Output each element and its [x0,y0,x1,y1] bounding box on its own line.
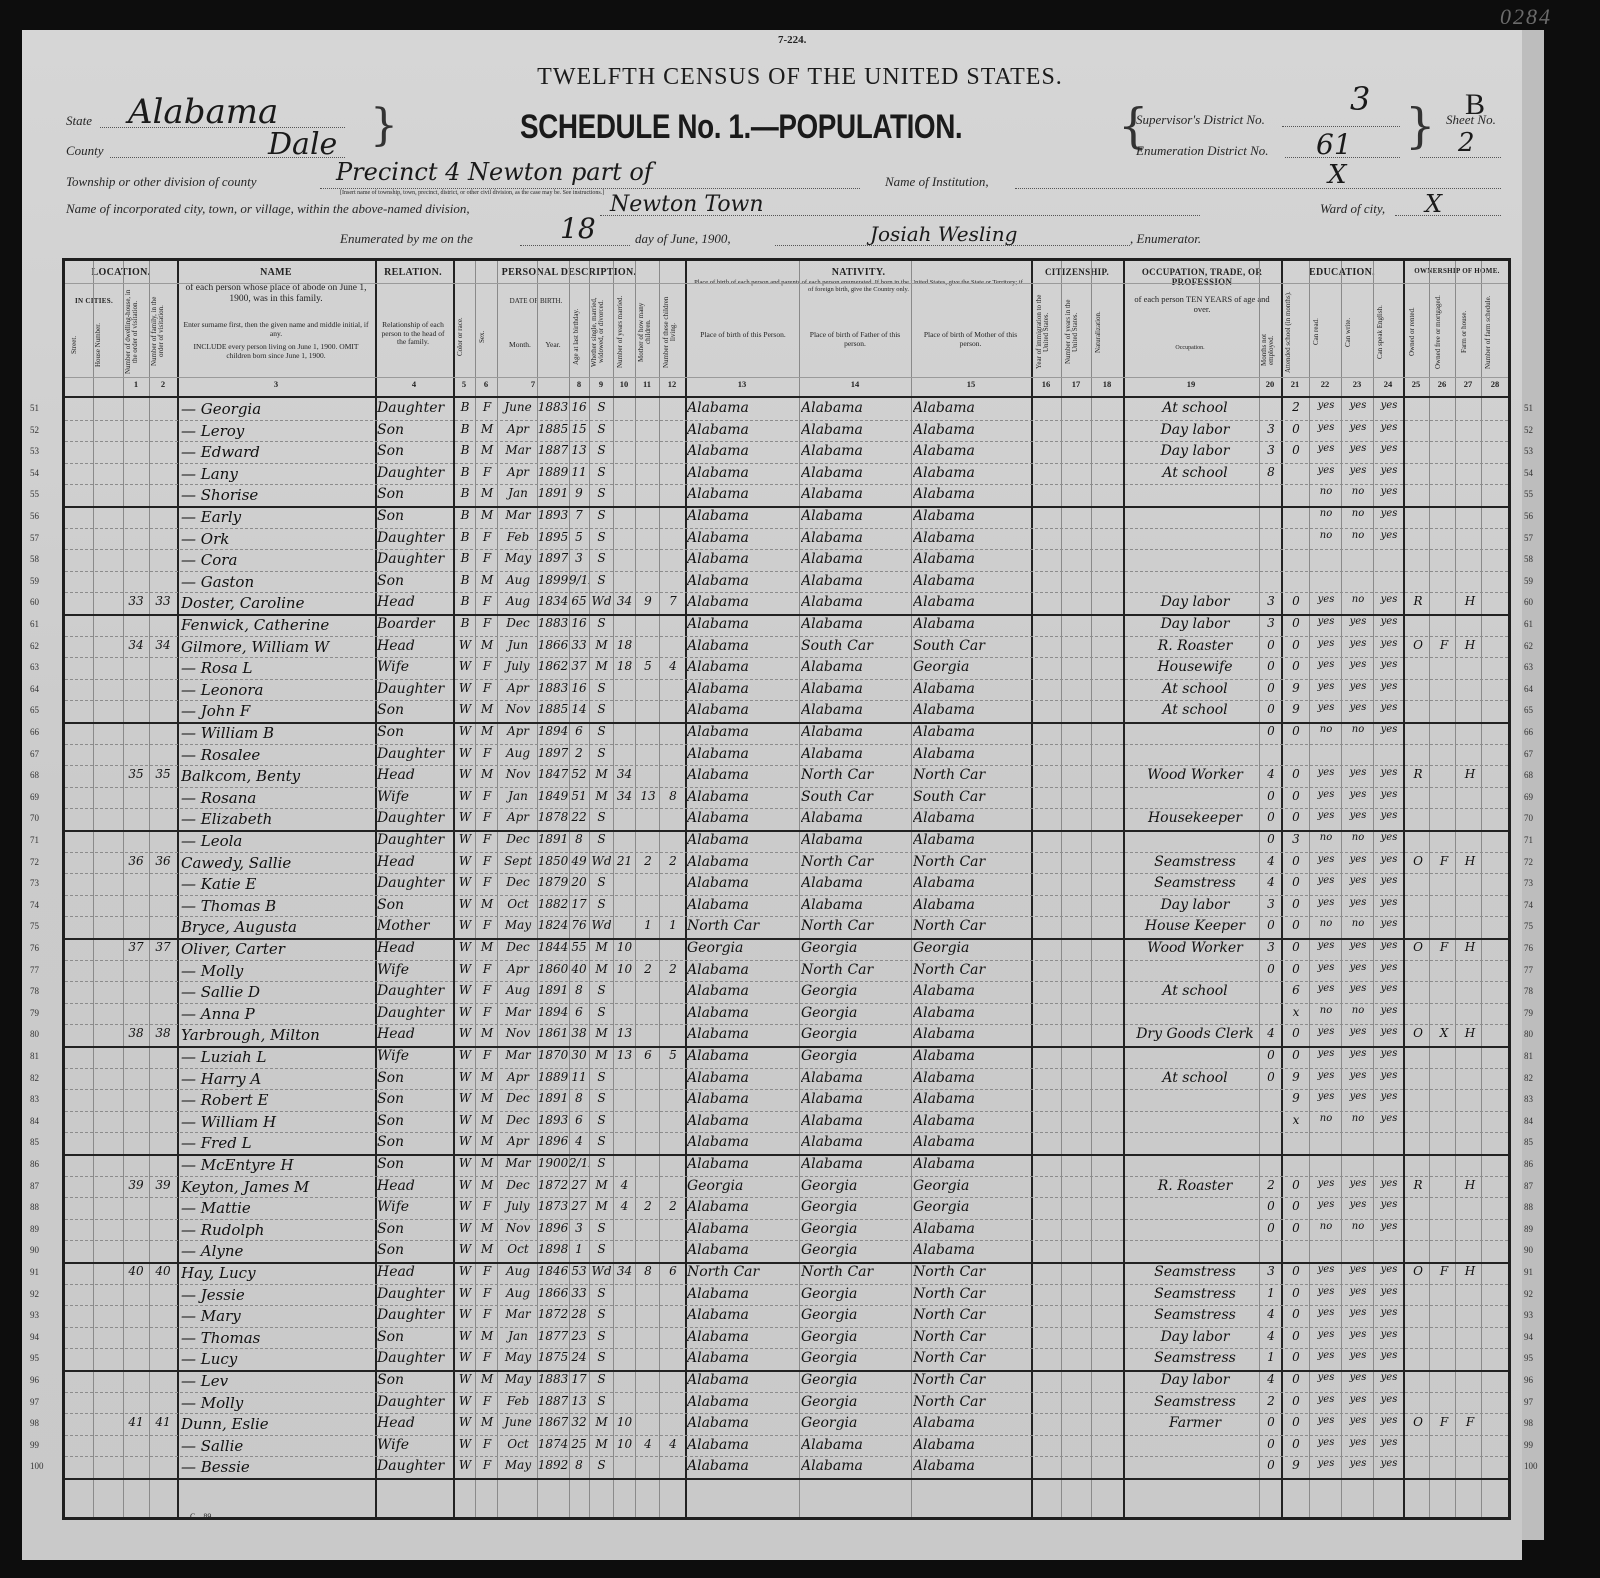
cell-year: 1896 [537,1221,569,1235]
line-number-left: 87 [30,1181,39,1191]
cell-relation: Son [377,422,453,438]
cell-sex: M [477,573,497,587]
cell-month: Mar [499,1005,537,1019]
header-age: Age at last birthday. [573,301,585,373]
cell-year: 1896 [537,1134,569,1148]
cell-sex: M [477,1178,497,1192]
cell-pob-mother: Alabama [913,1113,1031,1129]
cell-write: yes [1343,983,1373,994]
table-row: — MattieWifeWFJuly187327M422AlabamaGeorg… [65,1198,1508,1220]
cell-mother: 8 [637,1264,659,1278]
cell-pob-father: Alabama [801,724,911,740]
header-occupation-desc: of each person TEN YEARS of age and over… [1127,295,1277,315]
cell-color: W [455,983,475,997]
cell-farm: H [1459,854,1481,868]
cell-year: 1846 [537,1264,569,1278]
cell-pob: Alabama [687,767,799,783]
line-number-left: 51 [30,403,39,413]
line-number-left: 71 [30,835,39,845]
cell-pob-mother: Alabama [913,1156,1031,1172]
cell-pob-father: Alabama [801,746,911,762]
cell-unemp: 3 [1261,616,1281,630]
cell-year: 1862 [537,659,569,673]
cell-pob-father: Georgia [801,1026,911,1042]
cell-occupation: Seamstress [1131,854,1259,870]
cell-pob: Alabama [687,400,799,416]
cell-pob-father: Georgia [801,1178,911,1194]
cell-year: 1891 [537,486,569,500]
cell-relation: Daughter [377,465,453,481]
cell-year: 1898 [537,1242,569,1256]
cell-marital: S [590,1458,613,1472]
cell-english: yes [1375,1070,1403,1081]
township-note: [Insert name of township, town, precinct… [340,190,604,196]
line-number-left: 55 [30,489,39,499]
cell-pob: Alabama [687,962,799,978]
table-row: — GeorgiaDaughterBFJune188316SAlabamaAla… [65,399,1508,421]
cell-name: Dunn, Eslie [181,1415,375,1433]
cell-color: W [455,1242,475,1256]
cell-sex: F [477,1048,497,1062]
cell-sex: M [477,897,497,911]
cell-color: W [455,1458,475,1472]
cell-year: 1894 [537,1005,569,1019]
cell-name: — Lany [181,465,375,483]
cell-english: yes [1375,594,1403,605]
cell-read: yes [1311,1048,1341,1059]
cell-school: 0 [1283,1372,1309,1386]
line-number-left: 75 [30,921,39,931]
cell-name: — Gaston [181,573,375,591]
cell-pob-father: Alabama [801,832,911,848]
cell-marital: Wd [590,594,613,608]
line-number-right: 77 [1524,965,1533,975]
cell-living: 4 [661,1437,685,1451]
line-number-left: 89 [30,1224,39,1234]
cell-ym: 13 [614,1048,635,1062]
cell-write: yes [1343,1437,1373,1448]
cell-relation: Daughter [377,1394,453,1410]
cell-pob: Alabama [687,1242,799,1258]
cell-pob: Alabama [687,1156,799,1172]
cell-english: yes [1375,897,1403,908]
cell-relation: Daughter [377,1005,453,1021]
cell-age: 76 [569,918,589,932]
cell-marital: S [590,1113,613,1127]
cell-year: 1883 [537,681,569,695]
cell-year: 1883 [537,400,569,414]
cell-occupation: Seamstress [1131,1350,1259,1366]
cell-pob-father: Georgia [801,1372,911,1388]
cell-english: yes [1375,1394,1403,1405]
line-number-right: 53 [1524,446,1533,456]
cell-school: 0 [1283,1199,1309,1213]
cell-month: Dec [499,940,537,954]
cell-sex: F [477,1350,497,1364]
cell-age: 1 [569,1242,589,1256]
cell-age: 65 [569,594,589,608]
cell-pob-mother: North Car [913,1394,1031,1410]
cell-pob: Alabama [687,1113,799,1129]
cell-year: 1870 [537,1048,569,1062]
cell-ym: 34 [614,767,635,781]
cell-occupation: Seamstress [1131,1264,1259,1280]
cell-read: no [1311,486,1341,497]
table-row: — MollyDaughterWFFeb188713SAlabamaGeorgi… [65,1393,1508,1415]
cell-pob-mother: Alabama [913,530,1031,546]
header-attended-school: Attended school (in months). [1285,291,1301,373]
cell-relation: Daughter [377,681,453,697]
cell-pob-father: Alabama [801,810,911,826]
cell-month: Mar [499,443,537,457]
enumerated-day: 18 [560,212,596,245]
cell-write: yes [1343,1048,1373,1059]
cell-marital: S [590,875,613,889]
cell-year: 1885 [537,422,569,436]
cell-pob-father: Georgia [801,1005,911,1021]
table-row: — ElizabethDaughterWFApr187822SAlabamaAl… [65,809,1508,831]
cell-age: 8 [569,1458,589,1472]
cell-relation: Son [377,508,453,524]
state-label: State [66,113,92,129]
cell-pob-father: Georgia [801,1329,911,1345]
header-free-mortgaged: Owned free or mortgaged. [1435,291,1447,373]
cell-month: Feb [499,530,537,544]
line-number-right: 94 [1524,1332,1533,1342]
cell-english: yes [1375,1437,1403,1448]
cell-relation: Wife [377,659,453,675]
cell-name: — Lucy [181,1350,375,1368]
cell-family: 38 [149,1026,177,1040]
cell-pob-mother: Alabama [913,1005,1031,1021]
cell-pob-father: North Car [801,1264,911,1280]
cell-month: Dec [499,1178,537,1192]
cell-school: 9 [1283,681,1309,695]
table-row: — LeonoraDaughterWFApr188316SAlabamaAlab… [65,680,1508,702]
cell-marital: M [590,1199,613,1213]
cell-pob: Alabama [687,1221,799,1237]
cell-month: May [499,1350,537,1364]
cell-year: 1897 [537,746,569,760]
cell-age: 11 [569,465,589,479]
cell-name: — Lev [181,1372,375,1390]
line-number-right: 52 [1524,425,1533,435]
cell-age: 6 [569,724,589,738]
cell-mother: 9 [637,594,659,608]
cell-name: — Edward [181,443,375,461]
cell-marital: M [590,659,613,673]
line-number-left: 54 [30,468,39,478]
cell-pob-father: Georgia [801,1221,911,1237]
cell-dwelling: 36 [123,854,149,868]
cell-marital: Wd [590,854,613,868]
line-number-left: 83 [30,1094,39,1104]
cell-unemp: 0 [1261,832,1281,846]
cell-pob-mother: Georgia [913,1178,1031,1194]
cell-year: 1900 [537,1156,569,1170]
line-number-right: 70 [1524,813,1533,823]
cell-english: yes [1375,1415,1403,1426]
line-number-right: 97 [1524,1397,1533,1407]
cell-pob-mother: Alabama [913,810,1031,826]
column-number: 16 [1031,379,1061,389]
column-number: 28 [1481,379,1509,389]
cell-marital: M [590,1437,613,1451]
ward-label: Ward of city, [1320,201,1385,217]
table-row: — RosaleeDaughterWFAug18972SAlabamaAlaba… [65,745,1508,767]
cell-school: 0 [1283,810,1309,824]
cell-sex: F [477,983,497,997]
header-color: Color or race. [457,301,469,373]
header-rule [65,396,1508,398]
line-number-right: 62 [1524,641,1533,651]
column-number: 1 [123,379,149,389]
cell-mother: 2 [637,962,659,976]
cell-pob-father: Georgia [801,1394,911,1410]
line-number-right: 80 [1524,1029,1533,1039]
cell-name: — Harry A [181,1070,375,1088]
cell-color: W [455,1437,475,1451]
cell-name: — Cora [181,551,375,569]
line-number-left: 81 [30,1051,39,1061]
cell-write: yes [1343,1372,1373,1383]
state-value: Alabama [128,92,278,132]
cell-relation: Son [377,1156,453,1172]
cell-pob-mother: Alabama [913,486,1031,502]
cell-age: 11 [569,1070,589,1084]
cell-english: yes [1375,508,1403,519]
cell-pob-father: North Car [801,918,911,934]
cell-pob-father: Alabama [801,659,911,675]
line-number-left: 74 [30,900,39,910]
cell-age: 20 [569,875,589,889]
cell-write: yes [1343,1350,1373,1361]
cell-month: July [499,1199,537,1213]
cell-year: 1894 [537,724,569,738]
cell-sex: M [477,1242,497,1256]
schedule-title: SCHEDULE No. 1.—POPULATION. [520,108,962,147]
cell-pob-mother: Georgia [913,940,1031,956]
cell-pob-mother: Alabama [913,1221,1031,1237]
cell-color: B [455,551,475,565]
cell-school: 0 [1283,918,1309,932]
cell-pob-mother: Alabama [913,1026,1031,1042]
supervisor-label: Supervisor's District No. [1136,112,1265,128]
cell-relation: Head [377,1026,453,1042]
column-number: 21 [1281,379,1309,389]
county-value: Dale [268,127,337,162]
line-number-right: 91 [1524,1267,1533,1277]
cell-color: W [455,1199,475,1213]
cell-living: 2 [661,854,685,868]
line-number-right: 82 [1524,1073,1533,1083]
line-number-left: 84 [30,1116,39,1126]
line-number-right: 90 [1524,1245,1533,1255]
line-number-right: 85 [1524,1137,1533,1147]
cell-year: 1882 [537,897,569,911]
cell-pob-father: Alabama [801,1458,911,1474]
cell-ym: 10 [614,1437,635,1451]
line-number-left: 95 [30,1353,39,1363]
table-row: — Rosa LWifeWFJuly186237M1854AlabamaAlab… [65,658,1508,680]
cell-pob: Alabama [687,983,799,999]
line-number-left: 68 [30,770,39,780]
cell-family: 39 [149,1178,177,1192]
cell-relation: Son [377,443,453,459]
cell-relation: Wife [377,789,453,805]
cell-sex: F [477,1458,497,1472]
cell-write: no [1343,530,1373,541]
cell-month: Jan [499,1329,537,1343]
cell-age: 25 [569,1437,589,1451]
cell-occupation: At school [1131,400,1259,416]
cell-color: W [455,1394,475,1408]
cell-relation: Wife [377,1048,453,1064]
column-number: 10 [613,379,635,389]
cell-sex: M [477,1091,497,1105]
table-row: 3333Doster, CarolineHeadBFAug183465Wd349… [65,593,1508,615]
cell-sex: F [477,875,497,889]
cell-english: yes [1375,983,1403,994]
cell-age: 6 [569,1113,589,1127]
cell-write: no [1343,508,1373,519]
cell-sex: F [477,659,497,673]
column-number: 15 [911,379,1031,389]
header-speak-english: Can speak English. [1377,291,1389,373]
header-name-desc: of each person whose place of abode on J… [183,283,369,305]
cell-sex: M [477,486,497,500]
cell-name: — Rosa L [181,659,375,677]
cell-color: W [455,1113,475,1127]
cell-name: — Sallie D [181,983,375,1001]
cell-english: yes [1375,1372,1403,1383]
population-table: LOCATION. IN CITIES. Street. House Numbe… [62,258,1511,1520]
cell-month: Apr [499,681,537,695]
cell-name: Cawedy, Sallie [181,854,375,872]
cell-age: 23 [569,1329,589,1343]
cell-pob: Alabama [687,810,799,826]
cell-month: Aug [499,573,537,587]
cell-read: yes [1311,854,1341,865]
cell-color: W [455,918,475,932]
cell-english: yes [1375,400,1403,411]
cell-english: yes [1375,962,1403,973]
cell-relation: Head [377,1178,453,1194]
cell-sex: M [477,508,497,522]
line-number-right: 89 [1524,1224,1533,1234]
cell-occupation: Wood Worker [1131,767,1259,783]
cell-marital: M [590,1415,613,1429]
line-number-left: 82 [30,1073,39,1083]
table-row: 3939Keyton, James MHeadWMDec187227M4Geor… [65,1177,1508,1199]
table-row: Bryce, AugustaMotherWFMay182476Wd11North… [65,917,1508,939]
cell-pob-father: Alabama [801,897,911,913]
cell-year: 1891 [537,832,569,846]
cell-pob-mother: North Car [913,1372,1031,1388]
cell-month: Apr [499,810,537,824]
cell-name: — Thomas [181,1329,375,1347]
cell-year: 1889 [537,1070,569,1084]
cell-occupation: At school [1131,702,1259,718]
cell-farm: F [1459,1415,1481,1429]
header-relation-desc: Relationship of each person to the head … [377,321,449,347]
cell-age: 5 [569,530,589,544]
cell-school: 0 [1283,1264,1309,1278]
cell-age: 13 [569,1394,589,1408]
cell-write: yes [1343,1199,1373,1210]
cell-occupation: Seamstress [1131,875,1259,891]
cell-month: Nov [499,1221,537,1235]
cell-marital: S [590,1286,613,1300]
cell-marital: S [590,530,613,544]
cell-year: 1879 [537,875,569,889]
cell-pob: Alabama [687,702,799,718]
cell-pob-father: Alabama [801,594,911,610]
line-number-right: 69 [1524,792,1533,802]
cell-name: — Thomas B [181,897,375,915]
column-number: 5 [453,379,475,389]
cell-name: — Rosalee [181,746,375,764]
cell-pob-mother: Alabama [913,702,1031,718]
cell-month: Dec [499,832,537,846]
cell-sex: M [477,1113,497,1127]
cell-year: 1887 [537,1394,569,1408]
cell-color: W [455,767,475,781]
line-number-right: 79 [1524,1008,1533,1018]
cell-write: yes [1343,1415,1373,1426]
cell-school: 0 [1283,897,1309,911]
cell-marital: S [590,551,613,565]
cell-write: yes [1343,681,1373,692]
cell-name: — Leroy [181,422,375,440]
cell-relation: Daughter [377,875,453,891]
cell-living: 5 [661,1048,685,1062]
cell-color: B [455,422,475,436]
cell-farm: H [1459,1264,1481,1278]
cell-sex: F [477,789,497,803]
cell-year: 1875 [537,1350,569,1364]
cell-name: — Mattie [181,1199,375,1217]
cell-age: 37 [569,659,589,673]
cell-relation: Head [377,1264,453,1280]
cell-pob-father: Alabama [801,486,911,502]
line-number-left: 78 [30,986,39,996]
table-row: — LeolaDaughterWFDec18918SAlabamaAlabama… [65,831,1508,853]
header-citizenship: CITIZENSHIP. [1032,267,1122,277]
cell-unemp: 0 [1261,1437,1281,1451]
brace: } [370,100,398,151]
cell-occupation: R. Roaster [1131,1178,1259,1194]
cell-unemp: 4 [1261,1026,1281,1040]
city-label: Name of incorporated city, town, or vill… [66,201,470,217]
cell-unemp: 4 [1261,1329,1281,1343]
table-row: — Fred LSonWMApr18964SAlabamaAlabamaAlab… [65,1133,1508,1155]
supervisor-district: 3 [1350,80,1370,118]
cell-english: yes [1375,465,1403,476]
table-row: — EarlySonBMMar18937SAlabamaAlabamaAlaba… [65,507,1508,529]
cell-occupation: Housewife [1131,659,1259,675]
cell-english: yes [1375,1458,1403,1469]
cell-write: yes [1343,443,1373,454]
line-number-left: 86 [30,1159,39,1169]
cell-unemp: 0 [1261,962,1281,976]
line-number-right: 59 [1524,576,1533,586]
cell-unemp: 0 [1261,918,1281,932]
cell-age: 2 [569,746,589,760]
cell-pob-father: Alabama [801,1437,911,1453]
cell-own: O [1407,854,1429,868]
cell-age: 22 [569,810,589,824]
